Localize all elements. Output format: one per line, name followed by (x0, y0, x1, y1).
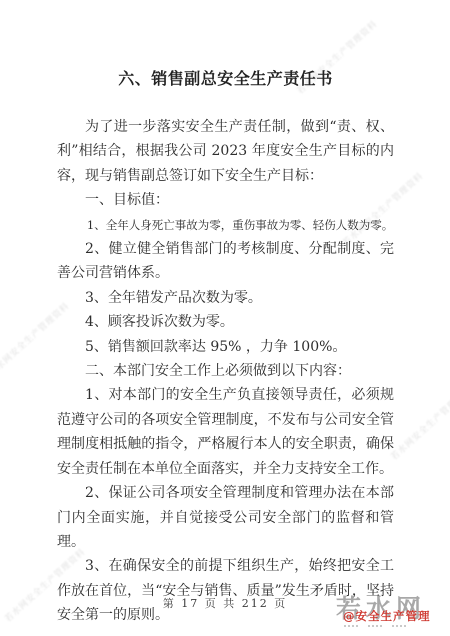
section-heading-targets: 一、目标值： (57, 188, 394, 212)
page-title: 六、销售副总安全生产责任书 (57, 66, 394, 89)
target-item-2: 2、健立健全销售部门的考核制度、分配制度、完善公司营销体系。 (57, 237, 394, 286)
duty-item-1: 1、对本部门的安全生产负直接领导责任，必须规范遵守公司的各项安全管理制度，不发布… (57, 383, 394, 481)
site-logo: 若水网 @安全生产管理 (336, 596, 448, 632)
document-page: 若水网安全生产管理资料 若水网安全生产管理资料 若水网安全生产管理资料 若水网安… (0, 0, 450, 636)
target-item-1: 1、全年人身死亡事故为零，重伤事故为零、轻伤人数为零。 (57, 213, 394, 237)
document-body: 六、销售副总安全生产责任书 为了进一步落实安全生产责任制，做到“责、权、利”相结… (0, 0, 450, 628)
section-heading-duties: 二、本部门安全工作上必须做到以下内容： (57, 359, 394, 383)
paragraph-intro: 为了进一步落实安全生产责任制，做到“责、权、利”相结合，根据我公司 2023 年… (57, 115, 394, 188)
target-item-5: 5、销售额回款率达 95% ，力争 100%。 (57, 335, 394, 359)
site-logo-caption-marks (344, 625, 406, 627)
duty-item-2: 2、保证公司各项安全管理制度和管理办法在本部门内全面实施，并自觉接受公司安全部门… (57, 481, 394, 554)
site-logo-overlay-text: @安全生产管理 (343, 608, 431, 624)
target-item-4: 4、顾客投诉次数为零。 (57, 310, 394, 334)
target-item-3: 3、全年错发产品次数为零。 (57, 286, 394, 310)
